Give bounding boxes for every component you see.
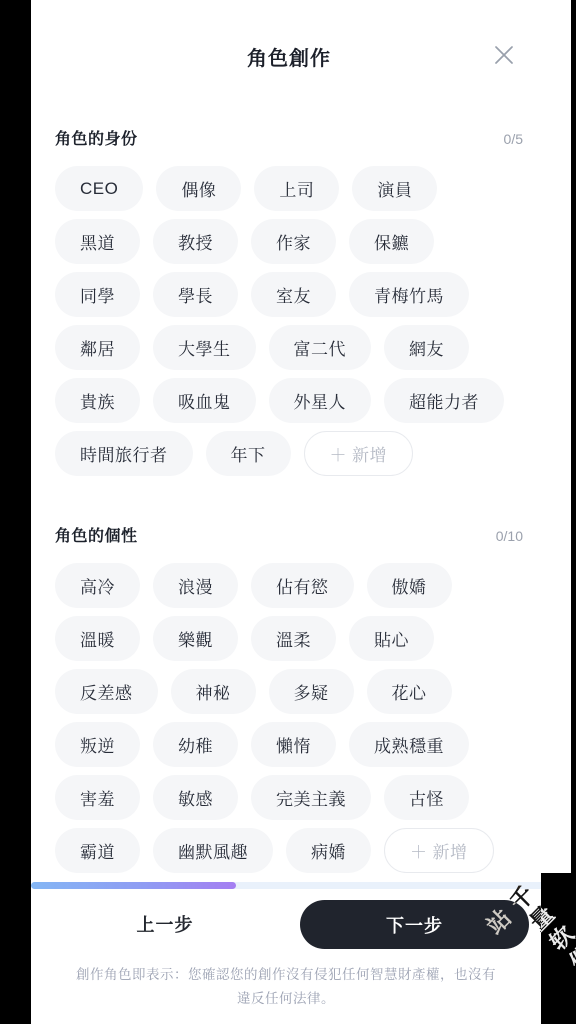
tag-pill[interactable]: 成熟穩重 xyxy=(349,722,469,767)
disclaimer-text: 創作角色即表示：您確認您的創作沒有侵犯任何智慧財產權，也沒有 違反任何法律。 xyxy=(31,963,541,1011)
letterbox-bottom-right xyxy=(541,873,576,1024)
tag-pill[interactable]: 傲嬌 xyxy=(367,563,452,608)
tag-pill[interactable]: 黑道 xyxy=(55,219,140,264)
disclaimer-line-2: 違反任何法律。 xyxy=(31,987,541,1011)
plus-icon: ＋ xyxy=(410,838,428,863)
tag-pill[interactable]: 室友 xyxy=(251,272,336,317)
modal-body: 角色的身份 0/5 CEO 偶像 上司 演員 黑道 教授 作家 保鑣 同學 學長… xyxy=(31,126,571,873)
progress-bar xyxy=(31,882,571,889)
tag-pill[interactable]: 富二代 xyxy=(269,325,372,370)
letterbox-right xyxy=(572,0,576,1024)
disclaimer-line-1: 創作角色即表示：您確認您的創作沒有侵犯任何智慧財產權，也沒有 xyxy=(31,963,541,987)
tag-list: CEO 偶像 上司 演員 黑道 教授 作家 保鑣 同學 學長 室友 青梅竹馬 鄰… xyxy=(55,166,523,476)
tag-pill[interactable]: 大學生 xyxy=(153,325,256,370)
section-label: 角色的身份 xyxy=(55,126,138,149)
tag-pill[interactable]: CEO xyxy=(55,166,143,211)
close-icon xyxy=(491,42,517,68)
tag-pill[interactable]: 偶像 xyxy=(156,166,241,211)
tag-pill[interactable]: 幽默風趣 xyxy=(153,828,273,873)
tag-pill[interactable]: 學長 xyxy=(153,272,238,317)
plus-icon: ＋ xyxy=(330,441,348,466)
next-button[interactable]: 下一步 xyxy=(300,900,529,949)
tag-pill[interactable]: 佔有慾 xyxy=(251,563,354,608)
tag-pill[interactable]: 網友 xyxy=(384,325,469,370)
tag-pill[interactable]: 神秘 xyxy=(171,669,256,714)
tag-pill[interactable]: 懶惰 xyxy=(251,722,336,767)
tag-pill[interactable]: 完美主義 xyxy=(251,775,371,820)
add-tag-button[interactable]: ＋新增 xyxy=(304,431,414,476)
tag-pill[interactable]: 貼心 xyxy=(349,616,434,661)
back-button[interactable]: 上一步 xyxy=(117,911,213,937)
section-header: 角色的身份 0/5 xyxy=(55,126,523,149)
tag-pill[interactable]: 演員 xyxy=(352,166,437,211)
tag-pill[interactable]: 害羞 xyxy=(55,775,140,820)
tag-pill[interactable]: 同學 xyxy=(55,272,140,317)
tag-pill[interactable]: 溫暖 xyxy=(55,616,140,661)
tag-pill[interactable]: 外星人 xyxy=(269,378,372,423)
tag-pill[interactable]: 貴族 xyxy=(55,378,140,423)
progress-fill xyxy=(31,882,236,889)
tag-pill[interactable]: 幼稚 xyxy=(153,722,238,767)
tag-pill[interactable]: 溫柔 xyxy=(251,616,336,661)
tag-pill[interactable]: 作家 xyxy=(251,219,336,264)
tag-pill[interactable]: 上司 xyxy=(254,166,339,211)
tag-pill[interactable]: 樂觀 xyxy=(153,616,238,661)
tag-pill[interactable]: 鄰居 xyxy=(55,325,140,370)
modal-header: 角色創作 xyxy=(31,0,571,71)
add-tag-button[interactable]: ＋新增 xyxy=(384,828,494,873)
section-header: 角色的個性 0/10 xyxy=(55,523,523,546)
section-counter: 0/10 xyxy=(496,528,523,544)
tag-pill[interactable]: 霸道 xyxy=(55,828,140,873)
section-counter: 0/5 xyxy=(504,131,523,147)
tag-pill[interactable]: 多疑 xyxy=(269,669,354,714)
add-tag-label: 新增 xyxy=(352,441,387,466)
tag-pill[interactable]: 反差感 xyxy=(55,669,158,714)
tag-list: 高冷 浪漫 佔有慾 傲嬌 溫暖 樂觀 溫柔 貼心 反差感 神秘 多疑 花心 叛逆… xyxy=(55,563,523,873)
character-creation-modal: 角色創作 角色的身份 0/5 CEO 偶像 上司 演員 黑道 教授 作家 保鑣 … xyxy=(31,0,571,1024)
tag-pill[interactable]: 叛逆 xyxy=(55,722,140,767)
letterbox-left xyxy=(0,0,31,1024)
page-title: 角色創作 xyxy=(55,42,523,71)
tag-pill[interactable]: 保鑣 xyxy=(349,219,434,264)
tag-pill[interactable]: 教授 xyxy=(153,219,238,264)
tag-pill[interactable]: 年下 xyxy=(206,431,291,476)
section-label: 角色的個性 xyxy=(55,523,138,546)
tag-pill[interactable]: 超能力者 xyxy=(384,378,504,423)
tag-section: 角色的身份 0/5 CEO 偶像 上司 演員 黑道 教授 作家 保鑣 同學 學長… xyxy=(55,126,523,476)
tag-pill[interactable]: 病嬌 xyxy=(286,828,371,873)
tag-pill[interactable]: 敏感 xyxy=(153,775,238,820)
tag-pill[interactable]: 浪漫 xyxy=(153,563,238,608)
tag-pill[interactable]: 吸血鬼 xyxy=(153,378,256,423)
tag-pill[interactable]: 古怪 xyxy=(384,775,469,820)
tag-pill[interactable]: 青梅竹馬 xyxy=(349,272,469,317)
tag-section: 角色的個性 0/10 高冷 浪漫 佔有慾 傲嬌 溫暖 樂觀 溫柔 貼心 反差感 … xyxy=(55,523,523,873)
tag-pill[interactable]: 時間旅行者 xyxy=(55,431,193,476)
close-button[interactable] xyxy=(491,42,517,68)
add-tag-label: 新增 xyxy=(433,838,468,863)
tag-pill[interactable]: 花心 xyxy=(367,669,452,714)
tag-pill[interactable]: 高冷 xyxy=(55,563,140,608)
